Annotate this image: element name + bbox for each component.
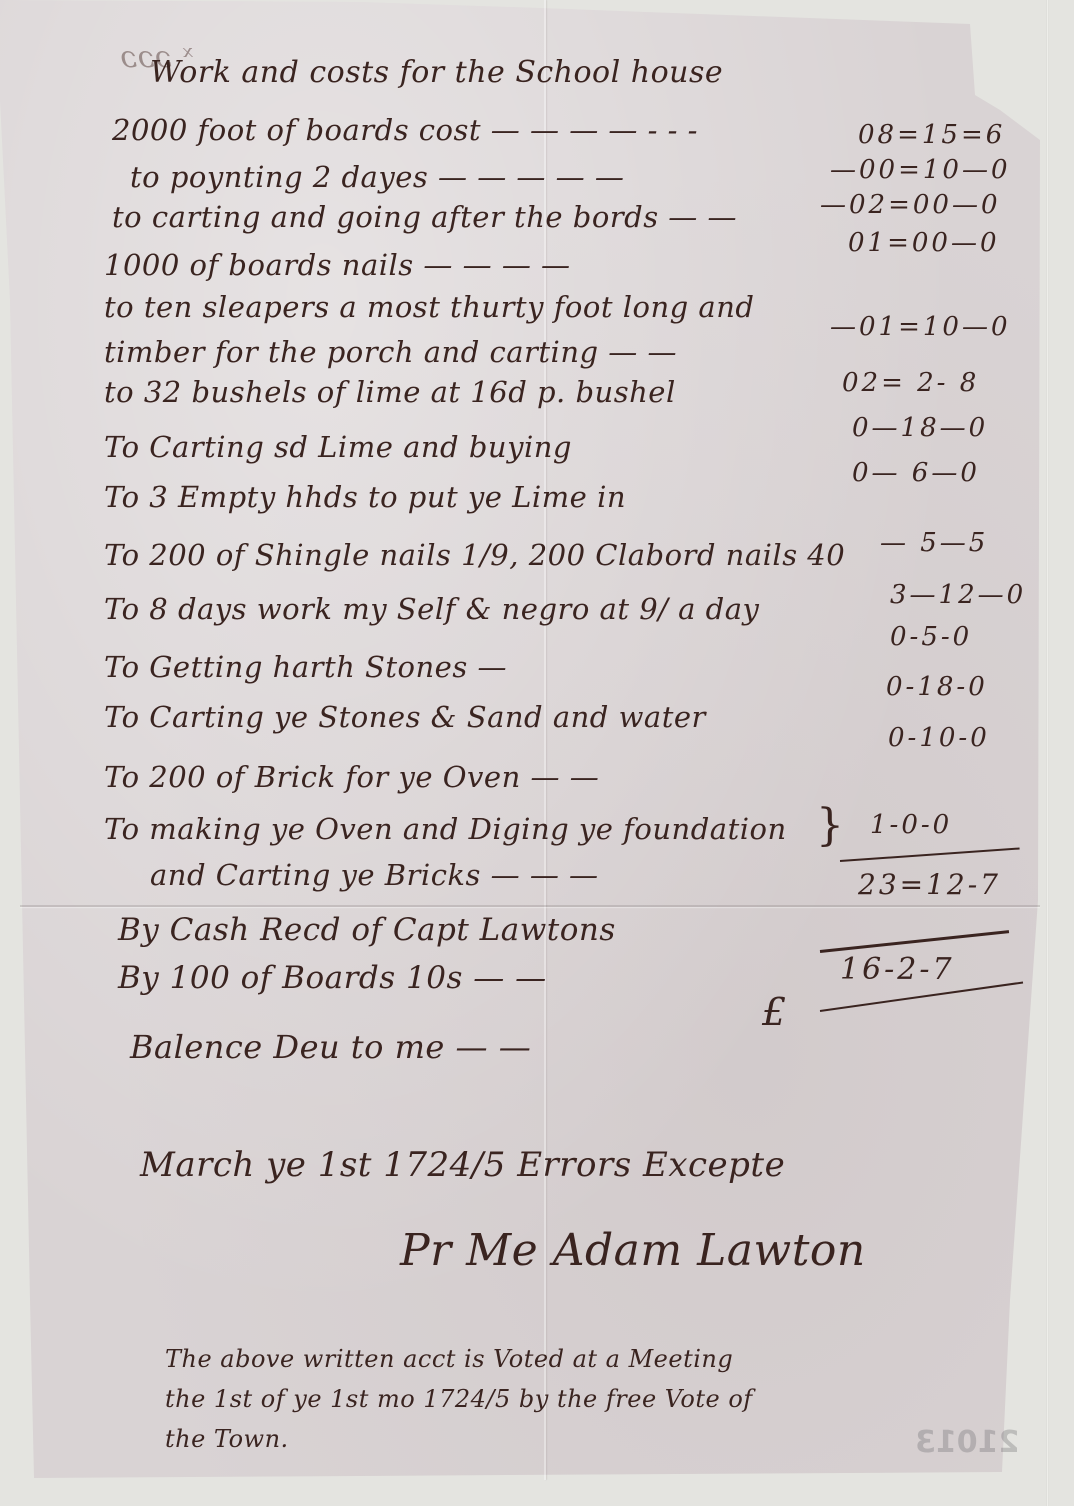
credit-amount: 16-2-7 [840, 952, 955, 987]
item-text: and Carting ye Bricks — — — [150, 858, 599, 892]
item-amount: 08=15=6 [858, 120, 1005, 150]
item-amount: 0-5-0 [890, 622, 972, 652]
credit-text: By 100 of Boards 10s — — [118, 960, 547, 996]
signature: Pr Me Adam Lawton [400, 1225, 866, 1276]
total-amount: 23=12-7 [858, 868, 1001, 901]
item-text: to ten sleapers a most thurty foot long … [104, 290, 754, 324]
horizontal-fold-crease [20, 905, 1040, 907]
item-amount: 0—18—0 [852, 413, 988, 443]
item-amount: 0-10-0 [888, 723, 990, 753]
item-text: to 32 bushels of lime at 16d p. bushel [104, 375, 676, 409]
item-text: To making ye Oven and Diging ye foundati… [104, 812, 787, 846]
archive-stamp: 21013 [915, 1425, 1019, 1460]
note-line: the Town. [165, 1425, 289, 1453]
item-amount: 0-18-0 [886, 672, 988, 702]
item-amount: 0— 6—0 [852, 458, 980, 488]
item-text: timber for the porch and carting — — [104, 335, 677, 369]
item-text: To Carting sd Lime and buying [104, 430, 572, 464]
item-amount: —00=10—0 [830, 155, 1011, 185]
document-title: Work and costs for the School house [150, 55, 723, 90]
item-amount: 01=00—0 [848, 228, 1000, 258]
balance-label: Balence Deu to me — — [130, 1028, 531, 1066]
item-amount: 02= 2- 8 [842, 368, 979, 398]
item-text: 2000 foot of boards cost — — — — - - - [112, 113, 698, 147]
item-text: To 200 of Brick for ye Oven — — [104, 760, 599, 794]
credit-text: By Cash Recd of Capt Lawtons [118, 912, 616, 948]
note-line: The above written acct is Voted at a Mee… [165, 1345, 733, 1373]
note-line: the 1st of ye 1st mo 1724/5 by the free … [165, 1385, 753, 1413]
item-text: To 8 days work my Self & negro at 9/ a d… [104, 592, 759, 626]
item-text: to carting and going after the bords — — [112, 200, 737, 234]
item-text: To 200 of Shingle nails 1/9, 200 Clabord… [104, 538, 845, 572]
date-line: March ye 1st 1724/5 Errors Excepte [140, 1145, 785, 1185]
brace-mark: } [816, 800, 844, 851]
item-text: To Getting harth Stones — [104, 650, 507, 684]
item-amount: 1-0-0 [870, 810, 952, 840]
item-amount: — 5—5 [880, 528, 988, 558]
pound-sign: £ [762, 990, 787, 1034]
item-text: 1000 of boards nails — — — — [104, 248, 571, 282]
item-amount: —01=10—0 [830, 312, 1011, 342]
item-amount: —02=00—0 [820, 190, 1001, 220]
mount-frame-edge [1046, 0, 1049, 1506]
item-text: To Carting ye Stones & Sand and water [104, 700, 706, 734]
item-amount: 3—12—0 [890, 580, 1026, 610]
item-text: to poynting 2 dayes — — — — — [130, 160, 624, 194]
item-text: To 3 Empty hhds to put ye Lime in [104, 480, 626, 514]
